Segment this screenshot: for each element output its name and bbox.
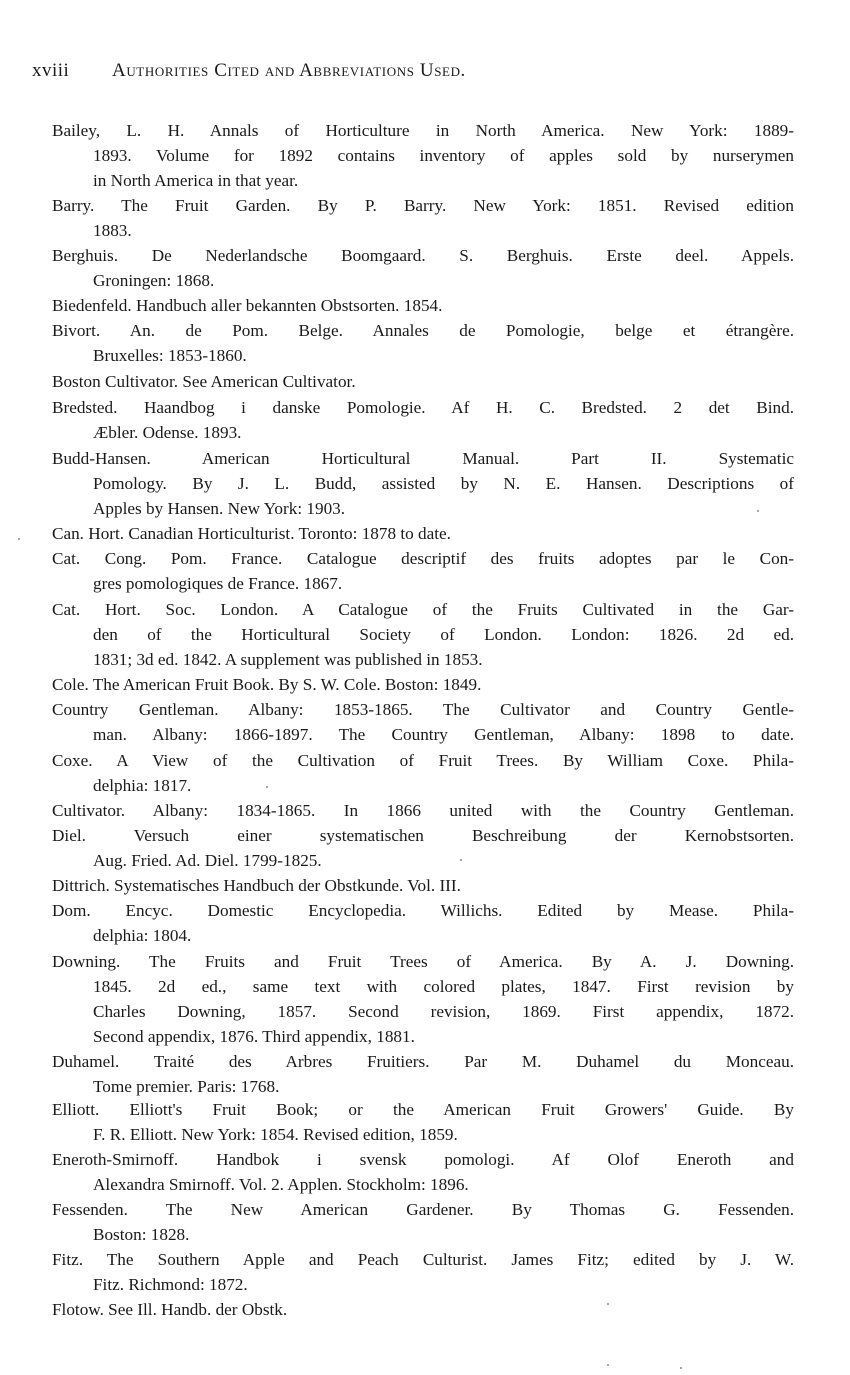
entry-line: Diel. Versuch einer systematischen Besch… — [52, 826, 794, 846]
entry-line: 1831; 3d ed. 1842. A supplement was publ… — [93, 650, 794, 670]
entry-line: Boston Cultivator. See American Cultivat… — [52, 372, 794, 392]
entry-line: delphia: 1804. — [93, 926, 794, 946]
entry-line: Bredsted. Haandbog i danske Pomologie. A… — [52, 398, 794, 418]
entry-line: in North America in that year. — [93, 171, 794, 191]
entry-line: Second appendix, 1876. Third appendix, 1… — [93, 1027, 794, 1047]
entry-line: Tome premier. Paris: 1768. — [93, 1077, 794, 1097]
entry-line: Country Gentleman. Albany: 1853-1865. Th… — [52, 700, 794, 720]
entry-line: Budd-Hansen. American Horticultural Manu… — [52, 449, 794, 469]
entry-line: Bailey, L. H. Annals of Horticulture in … — [52, 121, 794, 141]
entry-line: Elliott. Elliott's Fruit Book; or the Am… — [52, 1100, 794, 1120]
entry-line: Downing. The Fruits and Fruit Trees of A… — [52, 952, 794, 972]
entry-line: 1883. — [93, 221, 794, 241]
entry-line: Aug. Fried. Ad. Diel. 1799-1825. — [93, 851, 794, 871]
entry-line: Charles Downing, 1857. Second revision, … — [93, 1002, 794, 1022]
entry-line: Pomology. By J. L. Budd, assisted by N. … — [93, 474, 794, 494]
entry-line: Dittrich. Systematisches Handbuch der Ob… — [52, 876, 794, 896]
entry-line: Apples by Hansen. New York: 1903. — [93, 499, 794, 519]
entry-line: Alexandra Smirnoff. Vol. 2. Applen. Stoc… — [93, 1175, 794, 1195]
scan-speck — [607, 1303, 609, 1305]
running-title: Authorities Cited and Abbreviations Used… — [112, 60, 466, 82]
scan-speck — [757, 510, 759, 512]
entry-line: Fessenden. The New American Gardener. By… — [52, 1200, 794, 1220]
entry-line: Cat. Cong. Pom. France. Catalogue descri… — [52, 549, 794, 569]
entry-line: Flotow. See Ill. Handb. der Obstk. — [52, 1300, 794, 1320]
scan-speck — [680, 1367, 682, 1369]
entry-line: man. Albany: 1866-1897. The Country Gent… — [93, 725, 794, 745]
entry-line: Boston: 1828. — [93, 1225, 794, 1245]
entry-line: delphia: 1817. — [93, 776, 794, 796]
page-number: xviii — [32, 60, 69, 82]
entry-line: Æbler. Odense. 1893. — [93, 423, 794, 443]
entry-line: Berghuis. De Nederlandsche Boomgaard. S.… — [52, 246, 794, 266]
page-header: xviii Authorities Cited and Abbreviation… — [32, 60, 812, 90]
entry-line: Cat. Hort. Soc. London. A Catalogue of t… — [52, 600, 794, 620]
scan-speck — [607, 1364, 609, 1366]
entry-line: Barry. The Fruit Garden. By P. Barry. Ne… — [52, 196, 794, 216]
entry-line: Cole. The American Fruit Book. By S. W. … — [52, 675, 794, 695]
entry-line: Bivort. An. de Pom. Belge. Annales de Po… — [52, 321, 794, 341]
scan-speck — [266, 786, 268, 788]
scan-speck — [460, 859, 462, 861]
entry-line: 1845. 2d ed., same text with colored pla… — [93, 977, 794, 997]
entry-line: Cultivator. Albany: 1834-1865. In 1866 u… — [52, 801, 794, 821]
book-page: xviii Authorities Cited and Abbreviation… — [0, 0, 850, 1375]
entry-line: Dom. Encyc. Domestic Encyclopedia. Willi… — [52, 901, 794, 921]
entry-line: Groningen: 1868. — [93, 271, 794, 291]
entry-line: Duhamel. Traité des Arbres Fruitiers. Pa… — [52, 1052, 794, 1072]
entry-line: F. R. Elliott. New York: 1854. Revised e… — [93, 1125, 794, 1145]
entry-line: Coxe. A View of the Cultivation of Fruit… — [52, 751, 794, 771]
entry-line: Bruxelles: 1853-1860. — [93, 346, 794, 366]
entry-line: Eneroth-Smirnoff. Handbok i svensk pomol… — [52, 1150, 794, 1170]
entry-line: Fitz. Richmond: 1872. — [93, 1275, 794, 1295]
entry-line: Fitz. The Southern Apple and Peach Cultu… — [52, 1250, 794, 1270]
entry-line: 1893. Volume for 1892 contains inventory… — [93, 146, 794, 166]
entry-line: Biedenfeld. Handbuch aller bekannten Obs… — [52, 296, 794, 316]
entry-line: gres pomologiques de France. 1867. — [93, 574, 794, 594]
entry-line: Can. Hort. Canadian Horticulturist. Toro… — [52, 524, 794, 544]
entry-line: den of the Horticultural Society of Lond… — [93, 625, 794, 645]
scan-speck — [18, 538, 20, 540]
